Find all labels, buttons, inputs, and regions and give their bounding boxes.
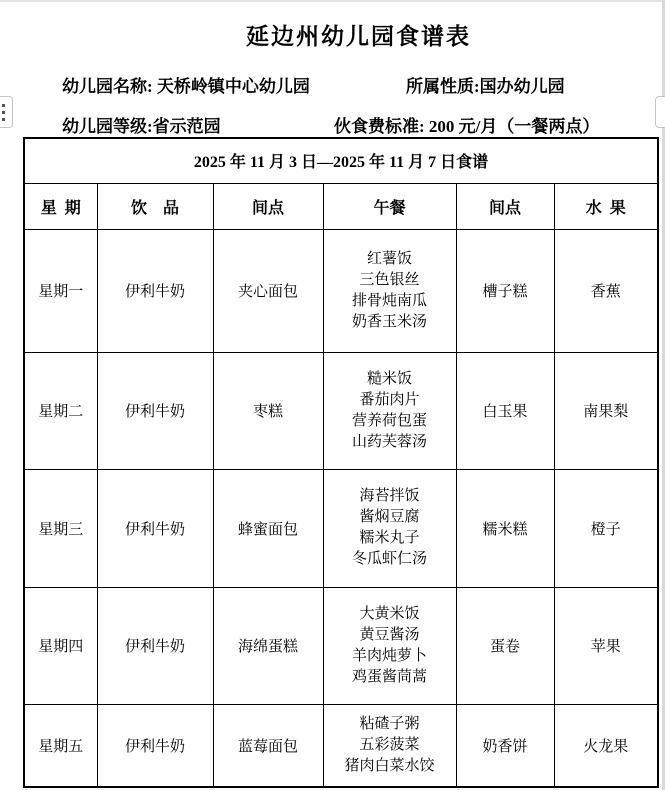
lunch-cell: 糙米饭番茄肉片营养荷包蛋山药芙蓉汤	[323, 352, 456, 469]
column-header-fruit: 水 果	[554, 183, 658, 229]
column-header-snack-pm: 间点	[456, 183, 554, 229]
lunch-dish: 五彩菠菜	[324, 735, 456, 756]
lunch-dish: 糯米丸子	[324, 528, 456, 549]
lunch-dish: 大黄米饭	[324, 604, 456, 625]
fruit-cell: 橙子	[554, 469, 658, 587]
snack-pm-cell: 白玉果	[456, 352, 554, 469]
column-header-row: 星 期饮 品间点午餐间点水 果	[24, 183, 658, 229]
day-cell: 星期三	[24, 469, 97, 587]
lunch-dish: 黄豆酱汤	[324, 625, 456, 646]
snack-pm-cell: 奶香饼	[456, 704, 554, 787]
period-title-row: 2025 年 11 月 3 日—2025 年 11 月 7 日食谱	[24, 138, 658, 183]
ownership-type-field: 所属性质:国办幼儿园	[406, 72, 565, 97]
snack-am-cell: 蜂蜜面包	[213, 469, 323, 587]
lunch-cell: 红薯饭三色银丝排骨炖南瓜奶香玉米汤	[323, 229, 456, 352]
fruit-cell: 苹果	[554, 587, 658, 704]
weekly-menu-table: 2025 年 11 月 3 日—2025 年 11 月 7 日食谱 星 期饮 品…	[23, 137, 659, 788]
column-header-drink: 饮 品	[97, 183, 213, 229]
fruit-cell: 南果梨	[554, 352, 658, 469]
column-header-lunch: 午餐	[323, 183, 456, 229]
page-top-edge	[0, 0, 665, 2]
lunch-dish: 冬瓜虾仁汤	[324, 549, 456, 570]
day-cell: 星期四	[24, 587, 97, 704]
snack-pm-cell: 槽子糕	[456, 229, 554, 352]
lunch-dish: 奶香玉米汤	[324, 312, 456, 333]
menu-row-星期四: 星期四伊利牛奶海绵蛋糕大黄米饭黄豆酱汤羊肉炖萝卜鸡蛋酱茼蒿蛋卷苹果	[24, 587, 658, 704]
kindergarten-name-field: 幼儿园名称: 天桥岭镇中心幼儿园	[62, 72, 310, 97]
lunch-cell: 大黄米饭黄豆酱汤羊肉炖萝卜鸡蛋酱茼蒿	[323, 587, 456, 704]
drink-cell: 伊利牛奶	[97, 704, 213, 787]
lunch-dish: 糙米饭	[324, 369, 456, 390]
meal-fee-field: 伙食费标准: 200 元/月（一餐两点）	[334, 112, 599, 137]
column-header-snack-am: 间点	[213, 183, 323, 229]
snack-am-cell: 海绵蛋糕	[213, 587, 323, 704]
page-title: 延边州幼儿园食谱表	[0, 18, 665, 51]
day-cell: 星期五	[24, 704, 97, 787]
lunch-dish: 红薯饭	[324, 249, 456, 270]
fruit-cell: 火龙果	[554, 704, 658, 787]
drink-cell: 伊利牛奶	[97, 352, 213, 469]
drink-cell: 伊利牛奶	[97, 469, 213, 587]
table-drag-handle-right[interactable]	[655, 96, 665, 128]
drag-handle-dots-icon	[2, 104, 5, 107]
menu-row-星期三: 星期三伊利牛奶蜂蜜面包海苔拌饭酱焖豆腐糯米丸子冬瓜虾仁汤糯米糕橙子	[24, 469, 658, 587]
lunch-dish: 粘碴子粥	[324, 714, 456, 735]
lunch-dish: 三色银丝	[324, 270, 456, 291]
fruit-cell: 香蕉	[554, 229, 658, 352]
menu-row-星期一: 星期一伊利牛奶夹心面包红薯饭三色银丝排骨炖南瓜奶香玉米汤槽子糕香蕉	[24, 229, 658, 352]
lunch-dish: 鸡蛋酱茼蒿	[324, 667, 456, 688]
menu-row-星期五: 星期五伊利牛奶蓝莓面包粘碴子粥五彩菠菜猪肉白菜水饺奶香饼火龙果	[24, 704, 658, 787]
day-cell: 星期二	[24, 352, 97, 469]
lunch-cell: 海苔拌饭酱焖豆腐糯米丸子冬瓜虾仁汤	[323, 469, 456, 587]
lunch-dish: 营养荷包蛋	[324, 411, 456, 432]
snack-am-cell: 枣糕	[213, 352, 323, 469]
lunch-dish: 羊肉炖萝卜	[324, 646, 456, 667]
table-drag-handle-left[interactable]	[0, 96, 13, 128]
lunch-dish: 排骨炖南瓜	[324, 291, 456, 312]
lunch-dish: 猪肉白菜水饺	[324, 756, 456, 777]
lunch-dish: 海苔拌饭	[324, 486, 456, 507]
drag-handle-dots-icon	[2, 118, 5, 121]
period-title-cell: 2025 年 11 月 3 日—2025 年 11 月 7 日食谱	[24, 138, 658, 183]
lunch-dish: 番茄肉片	[324, 390, 456, 411]
snack-pm-cell: 糯米糕	[456, 469, 554, 587]
snack-am-cell: 夹心面包	[213, 229, 323, 352]
snack-am-cell: 蓝莓面包	[213, 704, 323, 787]
menu-row-星期二: 星期二伊利牛奶枣糕糙米饭番茄肉片营养荷包蛋山药芙蓉汤白玉果南果梨	[24, 352, 658, 469]
lunch-dish: 酱焖豆腐	[324, 507, 456, 528]
lunch-cell: 粘碴子粥五彩菠菜猪肉白菜水饺	[323, 704, 456, 787]
drink-cell: 伊利牛奶	[97, 587, 213, 704]
lunch-dish: 山药芙蓉汤	[324, 432, 456, 453]
kindergarten-grade-field: 幼儿园等级:省示范园	[62, 112, 221, 137]
drink-cell: 伊利牛奶	[97, 229, 213, 352]
day-cell: 星期一	[24, 229, 97, 352]
column-header-weekday: 星 期	[24, 183, 97, 229]
drag-handle-dots-icon	[2, 111, 5, 114]
snack-pm-cell: 蛋卷	[456, 587, 554, 704]
